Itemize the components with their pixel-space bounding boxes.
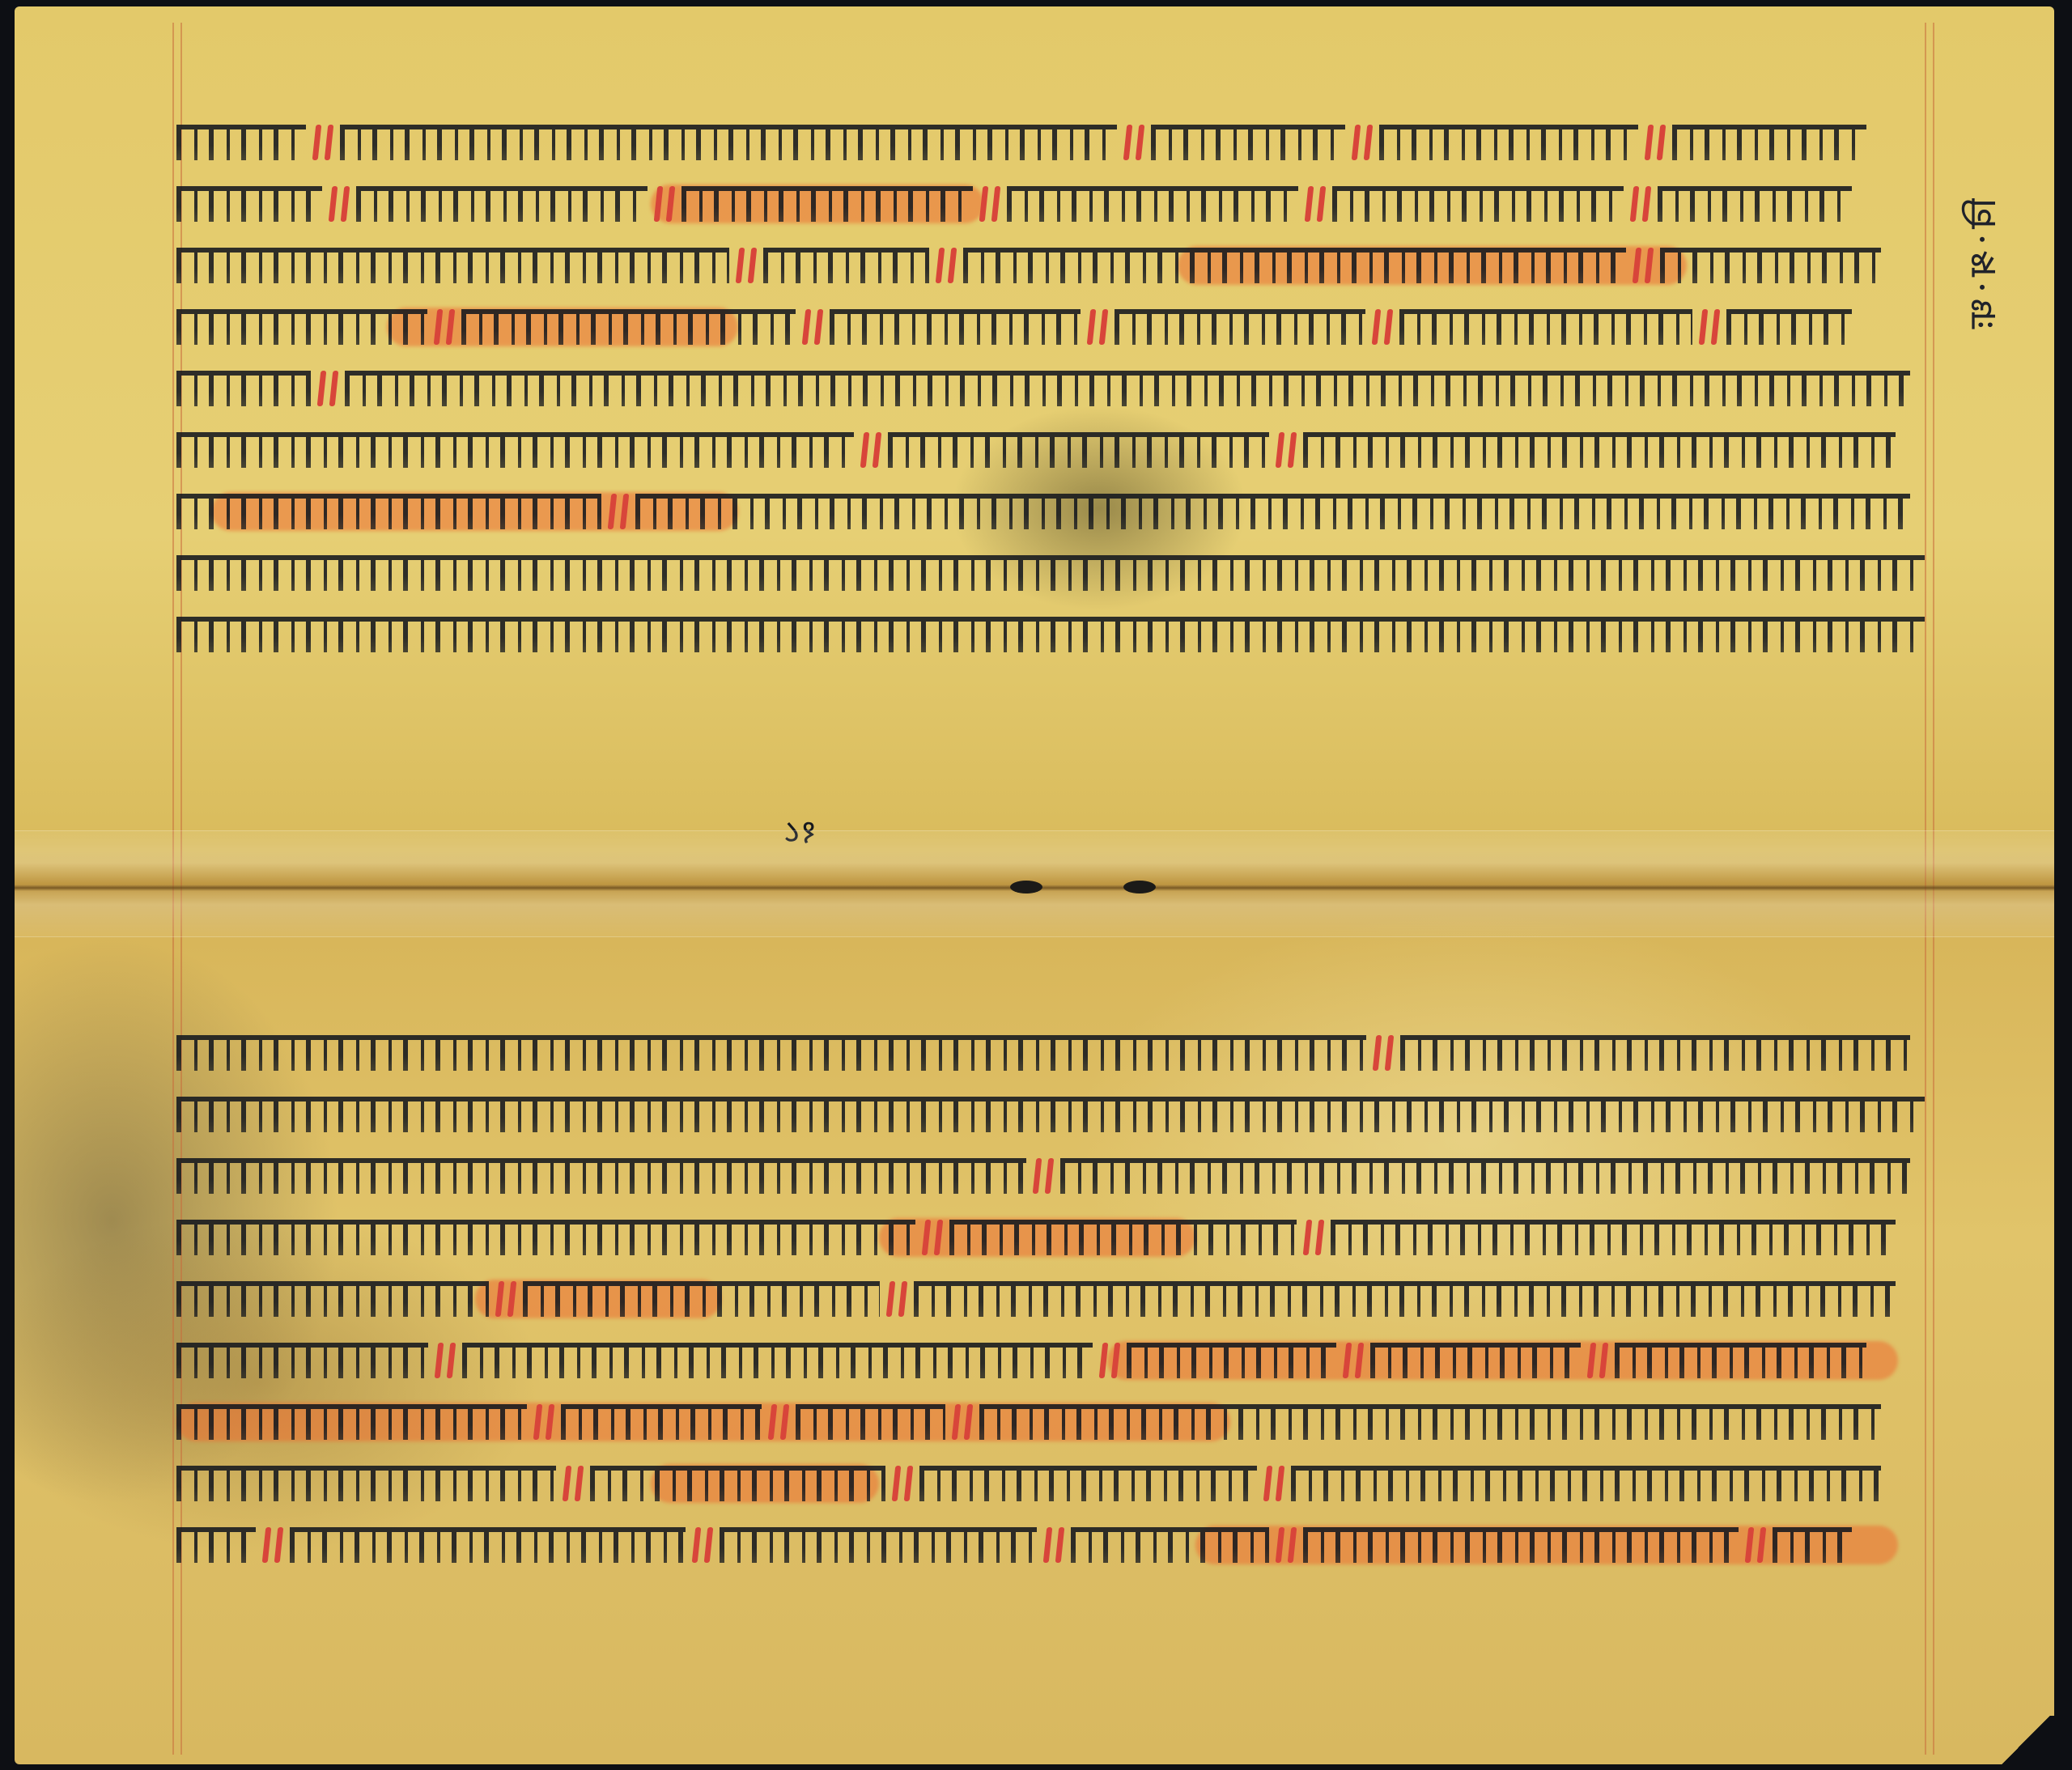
double-danda-mark <box>937 247 955 284</box>
manuscript-line <box>176 419 1933 481</box>
script-glyph-run <box>1370 1343 1580 1378</box>
script-glyph-run <box>1726 309 1852 345</box>
script-glyph-run <box>830 309 1081 345</box>
manuscript-line <box>176 1145 1933 1207</box>
script-glyph-run <box>763 248 929 283</box>
script-glyph-run <box>462 1343 1092 1378</box>
double-danda-mark <box>862 431 880 469</box>
double-danda-mark <box>1305 1219 1323 1256</box>
double-danda-mark <box>981 185 999 223</box>
script-glyph-run <box>340 125 1117 160</box>
double-danda-mark <box>564 1465 582 1502</box>
script-glyph-run <box>176 1404 527 1440</box>
double-danda-mark <box>1700 308 1718 346</box>
double-danda-mark <box>888 1280 906 1318</box>
script-glyph-run <box>590 1466 885 1501</box>
script-glyph-run <box>176 125 306 160</box>
script-glyph-run <box>1291 1466 1881 1501</box>
lower-text-block <box>176 1022 1933 1576</box>
script-glyph-run <box>1060 1158 1910 1194</box>
script-glyph-run <box>1615 1343 1866 1378</box>
script-glyph-run <box>176 248 729 283</box>
script-glyph-run <box>979 1404 1881 1440</box>
double-danda-mark <box>436 1342 454 1379</box>
manuscript-line <box>176 296 1933 358</box>
script-glyph-run <box>176 186 322 222</box>
script-glyph-run <box>461 309 796 345</box>
manuscript-line <box>176 481 1933 542</box>
double-danda-mark <box>1045 1526 1063 1564</box>
script-glyph-run <box>1331 1220 1896 1255</box>
manuscript-line <box>176 1391 1933 1453</box>
script-glyph-run <box>176 1158 1026 1194</box>
ink-blot <box>1010 881 1042 893</box>
script-glyph-run <box>523 1281 880 1317</box>
script-glyph-run <box>176 432 854 468</box>
double-danda-mark <box>1277 431 1295 469</box>
script-glyph-run <box>345 371 1910 406</box>
script-glyph-run <box>176 1035 1366 1071</box>
script-glyph-run <box>1071 1527 1269 1563</box>
script-glyph-run <box>1151 125 1345 160</box>
double-danda-mark <box>1125 124 1143 161</box>
script-glyph-run <box>919 1466 1257 1501</box>
script-glyph-run <box>914 1281 1896 1317</box>
script-glyph-run <box>356 186 647 222</box>
script-glyph-run <box>796 1404 946 1440</box>
manuscript-line <box>176 235 1933 296</box>
script-glyph-run <box>949 1220 1297 1255</box>
script-glyph-run <box>176 617 1925 652</box>
script-glyph-run <box>561 1404 762 1440</box>
script-glyph-run <box>176 494 601 529</box>
margin-annotation: वि·श्र·धः <box>1957 96 2014 435</box>
script-glyph-run <box>176 1220 915 1255</box>
double-danda-mark <box>1265 1465 1283 1502</box>
double-danda-mark <box>1089 308 1106 346</box>
double-danda-mark <box>319 370 337 407</box>
script-glyph-run <box>1303 1527 1739 1563</box>
script-glyph-run <box>176 1097 1925 1132</box>
script-glyph-run <box>1400 1035 1910 1071</box>
script-glyph-run <box>1658 186 1852 222</box>
script-glyph-run <box>1007 186 1298 222</box>
manuscript-line <box>176 1268 1933 1330</box>
double-danda-mark <box>1646 124 1664 161</box>
script-glyph-run <box>1773 1527 1852 1563</box>
script-glyph-run <box>176 555 1925 591</box>
manuscript-line <box>176 1514 1933 1576</box>
double-danda-mark <box>737 247 755 284</box>
script-glyph-run <box>176 309 427 345</box>
script-glyph-run <box>635 494 1910 529</box>
torn-corner <box>1998 1716 2054 1764</box>
manuscript-line <box>176 1453 1933 1514</box>
double-danda-mark <box>1374 308 1391 346</box>
double-danda-mark <box>1374 1034 1392 1072</box>
script-glyph-run <box>176 1527 256 1563</box>
upper-text-block <box>176 112 1933 665</box>
manuscript-line <box>176 1207 1933 1268</box>
manuscript-line <box>176 173 1933 235</box>
script-glyph-run <box>1115 309 1365 345</box>
manuscript-line <box>176 1330 1933 1391</box>
script-glyph-run <box>176 1281 489 1317</box>
script-glyph-run <box>290 1527 686 1563</box>
script-glyph-run <box>1660 248 1881 283</box>
script-glyph-run <box>963 248 1626 283</box>
script-glyph-run <box>176 1466 556 1501</box>
double-danda-mark <box>894 1465 911 1502</box>
script-glyph-run <box>1303 432 1896 468</box>
double-danda-mark <box>1034 1157 1052 1195</box>
script-glyph-run <box>1672 125 1866 160</box>
double-danda-mark <box>330 185 348 223</box>
script-glyph-run <box>176 1343 428 1378</box>
manuscript-line <box>176 1022 1933 1084</box>
script-glyph-run <box>1332 186 1624 222</box>
double-danda-mark <box>1632 185 1650 223</box>
manuscript-folio: वि·श्र·धः १८ <box>15 6 2054 1764</box>
manuscript-line <box>176 1084 1933 1145</box>
script-glyph-run <box>720 1527 1037 1563</box>
script-glyph-run <box>176 371 311 406</box>
double-danda-mark <box>1306 185 1324 223</box>
manuscript-line <box>176 542 1933 604</box>
double-danda-mark <box>804 308 822 346</box>
manuscript-line <box>176 112 1933 173</box>
manuscript-line <box>176 604 1933 665</box>
script-glyph-run <box>1379 125 1638 160</box>
ink-blot <box>1123 881 1156 893</box>
double-danda-mark <box>694 1526 711 1564</box>
script-glyph-run <box>1127 1343 1336 1378</box>
script-glyph-run <box>681 186 973 222</box>
double-danda-mark <box>314 124 332 161</box>
script-glyph-run <box>888 432 1269 468</box>
double-danda-mark <box>264 1526 282 1564</box>
manuscript-line <box>176 358 1933 419</box>
double-danda-mark <box>1353 124 1371 161</box>
script-glyph-run <box>1399 309 1692 345</box>
